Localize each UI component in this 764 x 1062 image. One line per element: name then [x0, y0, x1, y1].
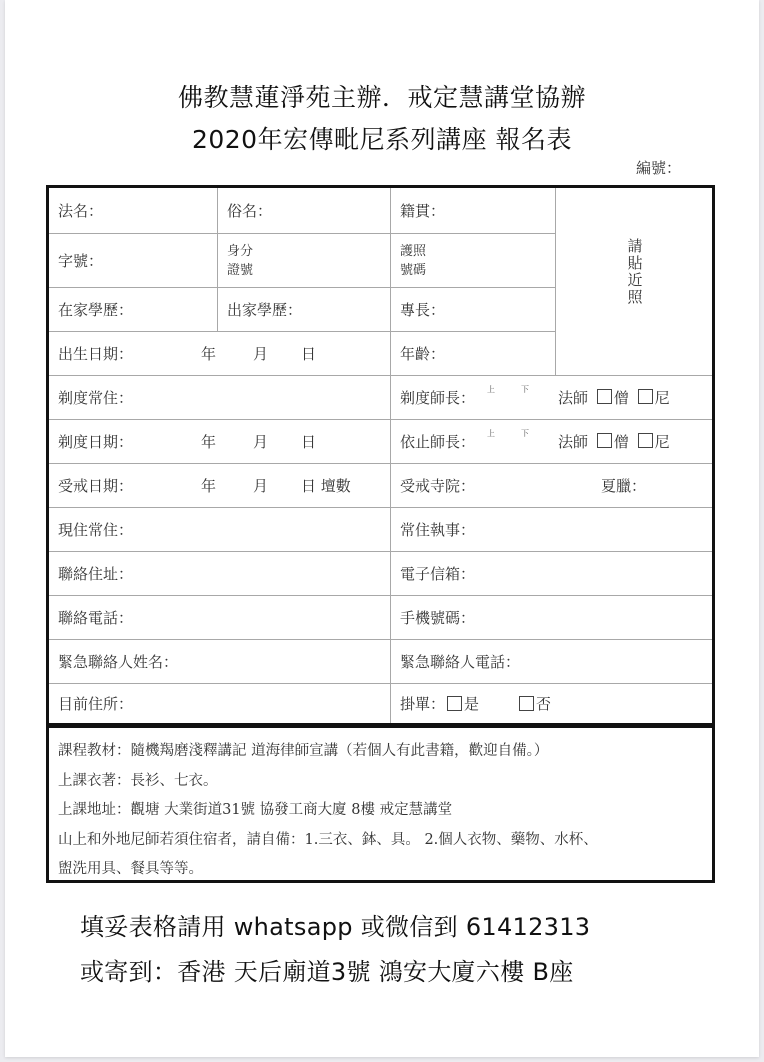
field-email[interactable]: 電子信箱：: [391, 552, 712, 596]
field-lay-name[interactable]: 俗名：: [218, 188, 391, 234]
field-lay-education[interactable]: 在家學歷：: [49, 288, 218, 332]
field-lodging[interactable]: 掛單： 是 否: [391, 684, 712, 723]
photo-note: 請貼近照: [627, 238, 642, 306]
class-address: 上課地址：觀塘 大業街道31號 協發工商大廈 8樓 戒定慧講堂: [58, 796, 703, 826]
field-birth-date[interactable]: 出生日期： 年 月 日: [49, 332, 391, 376]
mailing-address: 或寄到：香港 天后廟道3號 鴻安大廈六樓 B座: [80, 952, 574, 987]
field-dependence-master[interactable]: 依止師長： 上 下 法師 僧 尼: [391, 420, 712, 464]
field-ordination-date[interactable]: 受戒日期： 年 月 日 壇數: [49, 464, 391, 508]
field-tonsure-date[interactable]: 剃度日期： 年 月 日: [49, 420, 391, 464]
field-ordination-monastery[interactable]: 受戒寺院： 夏臘：: [391, 464, 712, 508]
nun-checkbox[interactable]: [638, 433, 653, 448]
field-summer-retreats: 夏臘：: [601, 475, 646, 496]
form-title: 2020年宏傳毗尼系列講座 報名表: [0, 120, 764, 156]
monk-checkbox[interactable]: [597, 389, 612, 404]
course-notes: 課程教材：隨機羯磨淺釋講記 道海律師宣講（若個人有此書籍，歡迎自備。） 上課衣著…: [46, 726, 715, 883]
lodging-yes-checkbox[interactable]: [447, 696, 462, 711]
field-current-monastery[interactable]: 現住常住：: [49, 508, 391, 552]
field-monastery-duty[interactable]: 常住執事：: [391, 508, 712, 552]
field-tonsure-monastery[interactable]: 剃度常住：: [49, 376, 391, 420]
field-contact-address[interactable]: 聯絡住址：: [49, 552, 391, 596]
field-specialty[interactable]: 專長：: [391, 288, 556, 332]
lodging-no-checkbox[interactable]: [519, 696, 534, 711]
field-dharma-name[interactable]: 法名：: [49, 188, 218, 234]
submission-instructions: 填妥表格請用 whatsapp 或微信到 61412313: [80, 907, 590, 942]
field-native-place[interactable]: 籍貫：: [391, 188, 556, 234]
field-current-residence[interactable]: 目前住所：: [49, 684, 391, 723]
field-passport-number[interactable]: 護照號碼: [391, 234, 556, 288]
serial-number-label: 編號：: [636, 157, 681, 178]
organizer-title: 佛教慧蓮淨苑主辦．戒定慧講堂協辦: [0, 78, 764, 114]
dress-code: 上課衣著：長衫、七衣。: [58, 767, 703, 797]
field-id-number[interactable]: 身分證號: [218, 234, 391, 288]
field-monastic-education[interactable]: 出家學歷：: [218, 288, 391, 332]
field-mobile[interactable]: 手機號碼：: [391, 596, 712, 640]
monk-checkbox[interactable]: [597, 433, 612, 448]
field-tonsure-master[interactable]: 剃度師長： 上 下 法師 僧 尼: [391, 376, 712, 420]
lodging-requirements: 山上和外地尼師若須住宿者，請自備：1.三衣、鉢、具。 2.個人衣物、藥物、水杯、: [58, 826, 703, 856]
registration-form-table: 法名： 俗名： 籍貫： 請貼近照 字號： 身分證號 護照號碼 在家學歷： 出家學…: [46, 185, 715, 726]
photo-area[interactable]: 請貼近照: [556, 188, 712, 376]
nun-checkbox[interactable]: [638, 389, 653, 404]
field-age[interactable]: 年齡：: [391, 332, 556, 376]
lodging-requirements-cont: 盥洗用具、餐具等等。: [58, 855, 703, 885]
field-contact-phone[interactable]: 聯絡電話：: [49, 596, 391, 640]
field-emergency-contact-phone[interactable]: 緊急聯絡人電話：: [391, 640, 712, 684]
field-emergency-contact-name[interactable]: 緊急聯絡人姓名：: [49, 640, 391, 684]
course-material: 課程教材：隨機羯磨淺釋講記 道海律師宣講（若個人有此書籍，歡迎自備。）: [58, 737, 703, 767]
field-courtesy-name[interactable]: 字號：: [49, 234, 218, 288]
